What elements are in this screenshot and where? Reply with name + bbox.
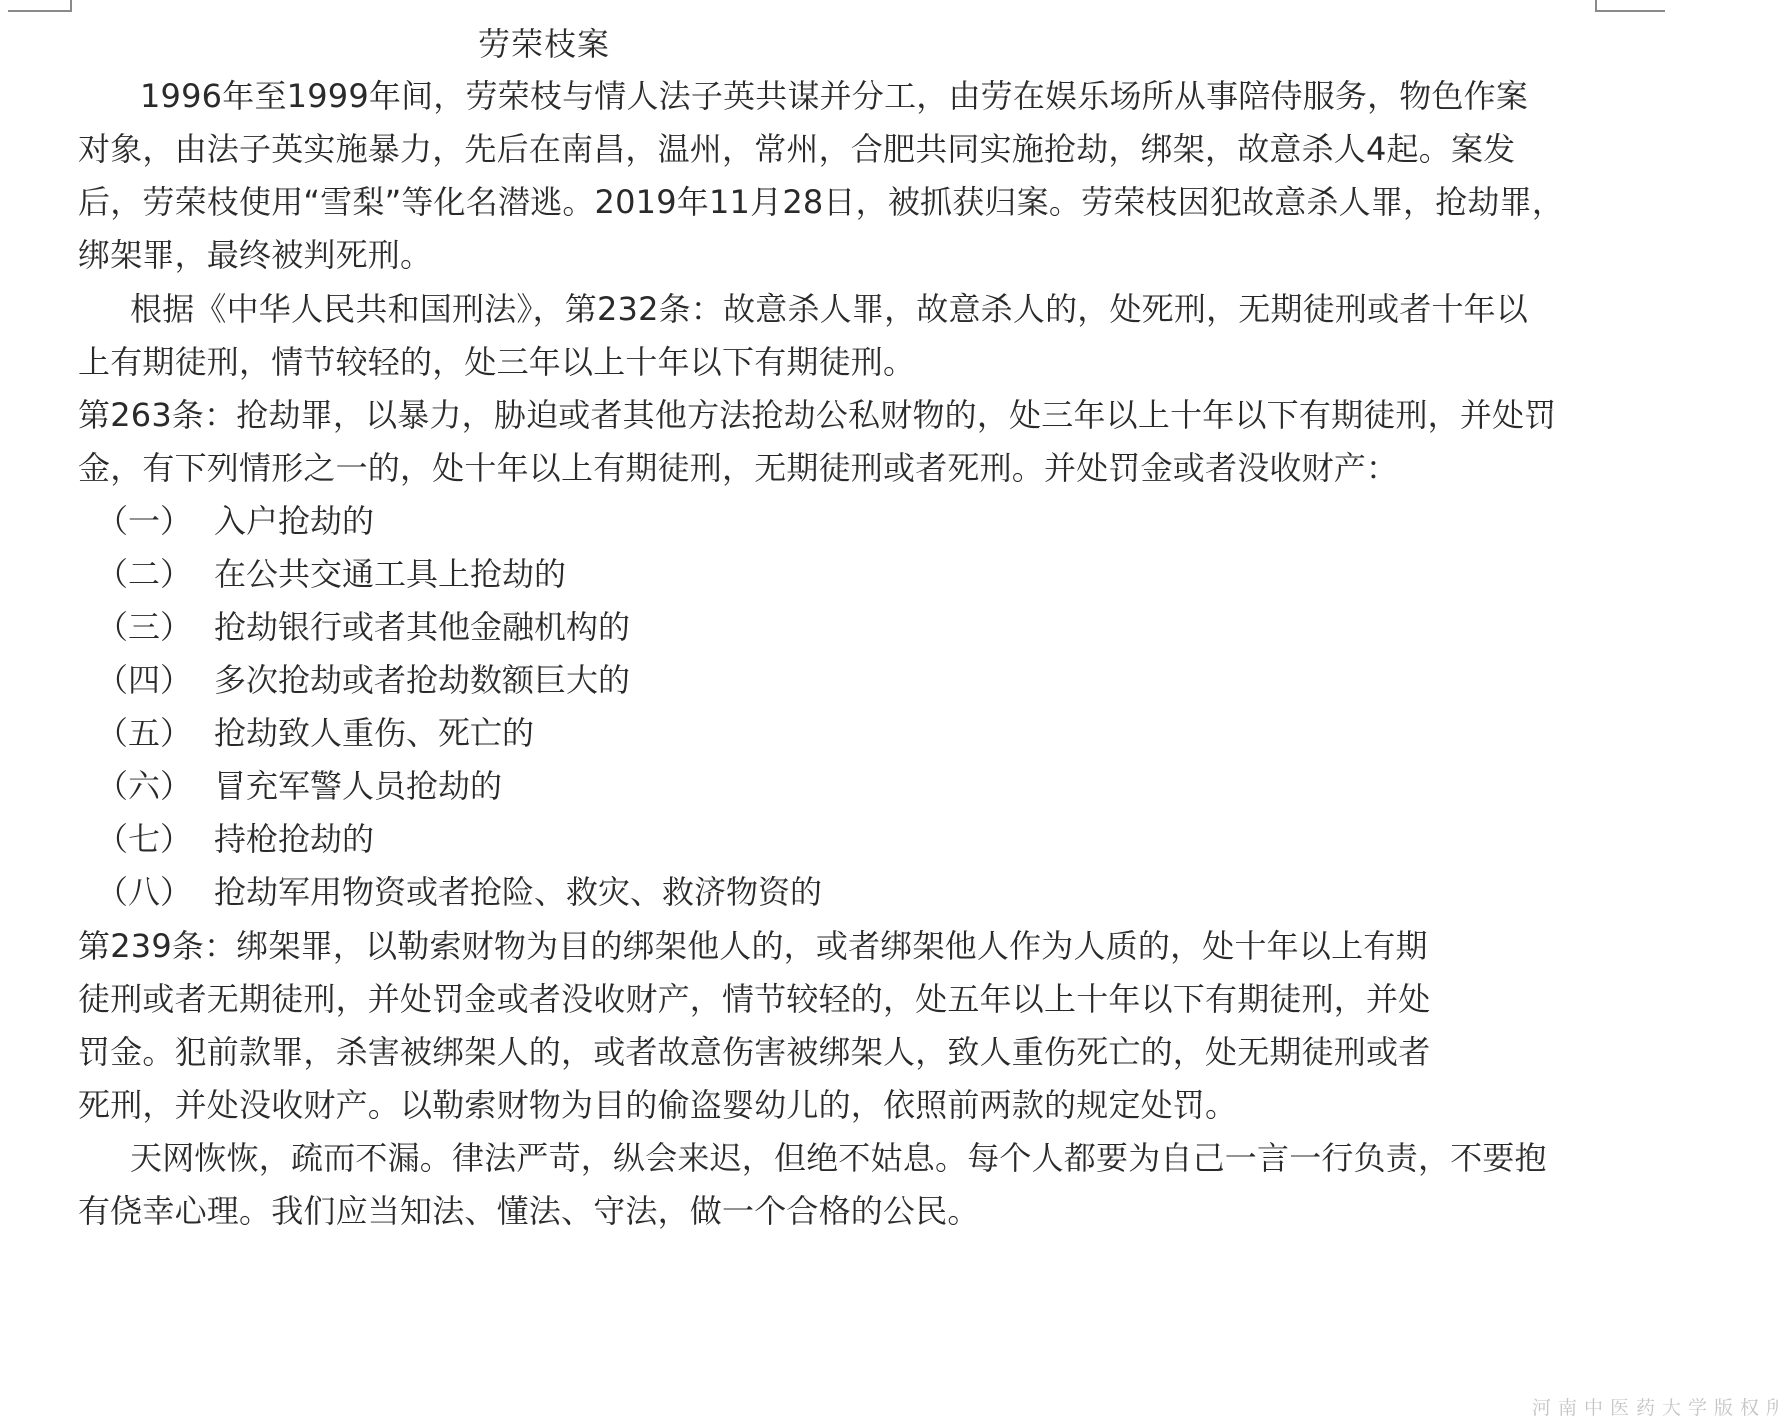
article-239-line-2: 徒刑或者无期徒刑，并处罚金或者没收财产，情节较轻的，处五年以上十年以下有期徒刑，…: [78, 977, 1430, 1021]
paragraph-1-line-1: 1996年至1999年间，劳荣枝与情人法子英共谋并分工，由劳在娱乐场所从事陪侍服…: [140, 74, 1528, 118]
list-item: （三）抢劫银行或者其他金融机构的: [96, 605, 630, 649]
page-corner-mark-left: [8, 0, 72, 12]
list-item: （一）入户抢劫的: [96, 499, 374, 543]
list-item-text: 入户抢劫的: [214, 502, 374, 540]
paragraph-1-line-3: 后，劳荣枝使用“雪梨”等化名潜逃。2019年11月28日，被抓获归案。劳荣枝因犯…: [78, 180, 1564, 224]
article-239-line-4: 死刑，并处没收财产。以勒索财物为目的偷盗婴幼儿的，依照前两款的规定处罚。: [78, 1083, 1237, 1127]
list-item-text: 抢劫军用物资或者抢险、救灾、救济物资的: [214, 873, 822, 911]
list-item: （七）持枪抢劫的: [96, 817, 374, 861]
list-item: （二）在公共交通工具上抢劫的: [96, 552, 566, 596]
list-item: （四）多次抢劫或者抢劫数额巨大的: [96, 658, 630, 702]
list-item-text: 冒充军警人员抢劫的: [214, 767, 502, 805]
list-item-number: （七）: [96, 817, 214, 861]
list-item-number: （三）: [96, 605, 214, 649]
list-item-text: 在公共交通工具上抢劫的: [214, 555, 566, 593]
list-item-text: 抢劫致人重伤、死亡的: [214, 714, 534, 752]
conclusion-line-2: 有侥幸心理。我们应当知法、懂法、守法，做一个合格的公民。: [78, 1189, 980, 1233]
article-263-line-2: 金，有下列情形之一的，处十年以上有期徒刑，无期徒刑或者死刑。并处罚金或者没收财产…: [78, 446, 1398, 490]
list-item-number: （四）: [96, 658, 214, 702]
list-item-number: （一）: [96, 499, 214, 543]
list-item-text: 多次抢劫或者抢劫数额巨大的: [214, 661, 630, 699]
list-item-number: （二）: [96, 552, 214, 596]
paragraph-2-line-1: 根据《中华人民共和国刑法》，第232条：故意杀人罪，故意杀人的，处死刑，无期徒刑…: [130, 287, 1528, 331]
paragraph-1-line-4: 绑架罪，最终被判死刑。: [78, 233, 432, 277]
paragraph-1-line-2: 对象，由法子英实施暴力，先后在南昌，温州，常州，合肥共同实施抢劫，绑架，故意杀人…: [78, 127, 1515, 171]
page-corner-mark-right: [1595, 0, 1665, 12]
list-item: （六）冒充军警人员抢劫的: [96, 764, 502, 808]
article-263-line-1: 第263条：抢劫罪，以暴力，胁迫或者其他方法抢劫公私财物的，处三年以上十年以下有…: [78, 393, 1556, 437]
document-title: 劳荣枝案: [478, 22, 610, 66]
copyright-watermark: 河南中医药大学版权所有: [1532, 1393, 1778, 1420]
list-item: （八）抢劫军用物资或者抢险、救灾、救济物资的: [96, 870, 822, 914]
article-239-line-3: 罚金。犯前款罪，杀害被绑架人的，或者故意伤害被绑架人，致人重伤死亡的，处无期徒刑…: [78, 1030, 1430, 1074]
list-item-number: （五）: [96, 711, 214, 755]
list-item: （五）抢劫致人重伤、死亡的: [96, 711, 534, 755]
paragraph-2-line-2: 上有期徒刑，情节较轻的，处三年以上十年以下有期徒刑。: [78, 340, 915, 384]
conclusion-line-1: 天网恢恢，疏而不漏。律法严苛，纵会来迟，但绝不姑息。每个人都要为自己一言一行负责…: [130, 1136, 1547, 1180]
list-item-text: 抢劫银行或者其他金融机构的: [214, 608, 630, 646]
list-item-number: （八）: [96, 870, 214, 914]
list-item-text: 持枪抢劫的: [214, 820, 374, 858]
list-item-number: （六）: [96, 764, 214, 808]
article-239-line-1: 第239条：绑架罪，以勒索财物为目的绑架他人的，或者绑架他人作为人质的，处十年以…: [78, 924, 1428, 968]
